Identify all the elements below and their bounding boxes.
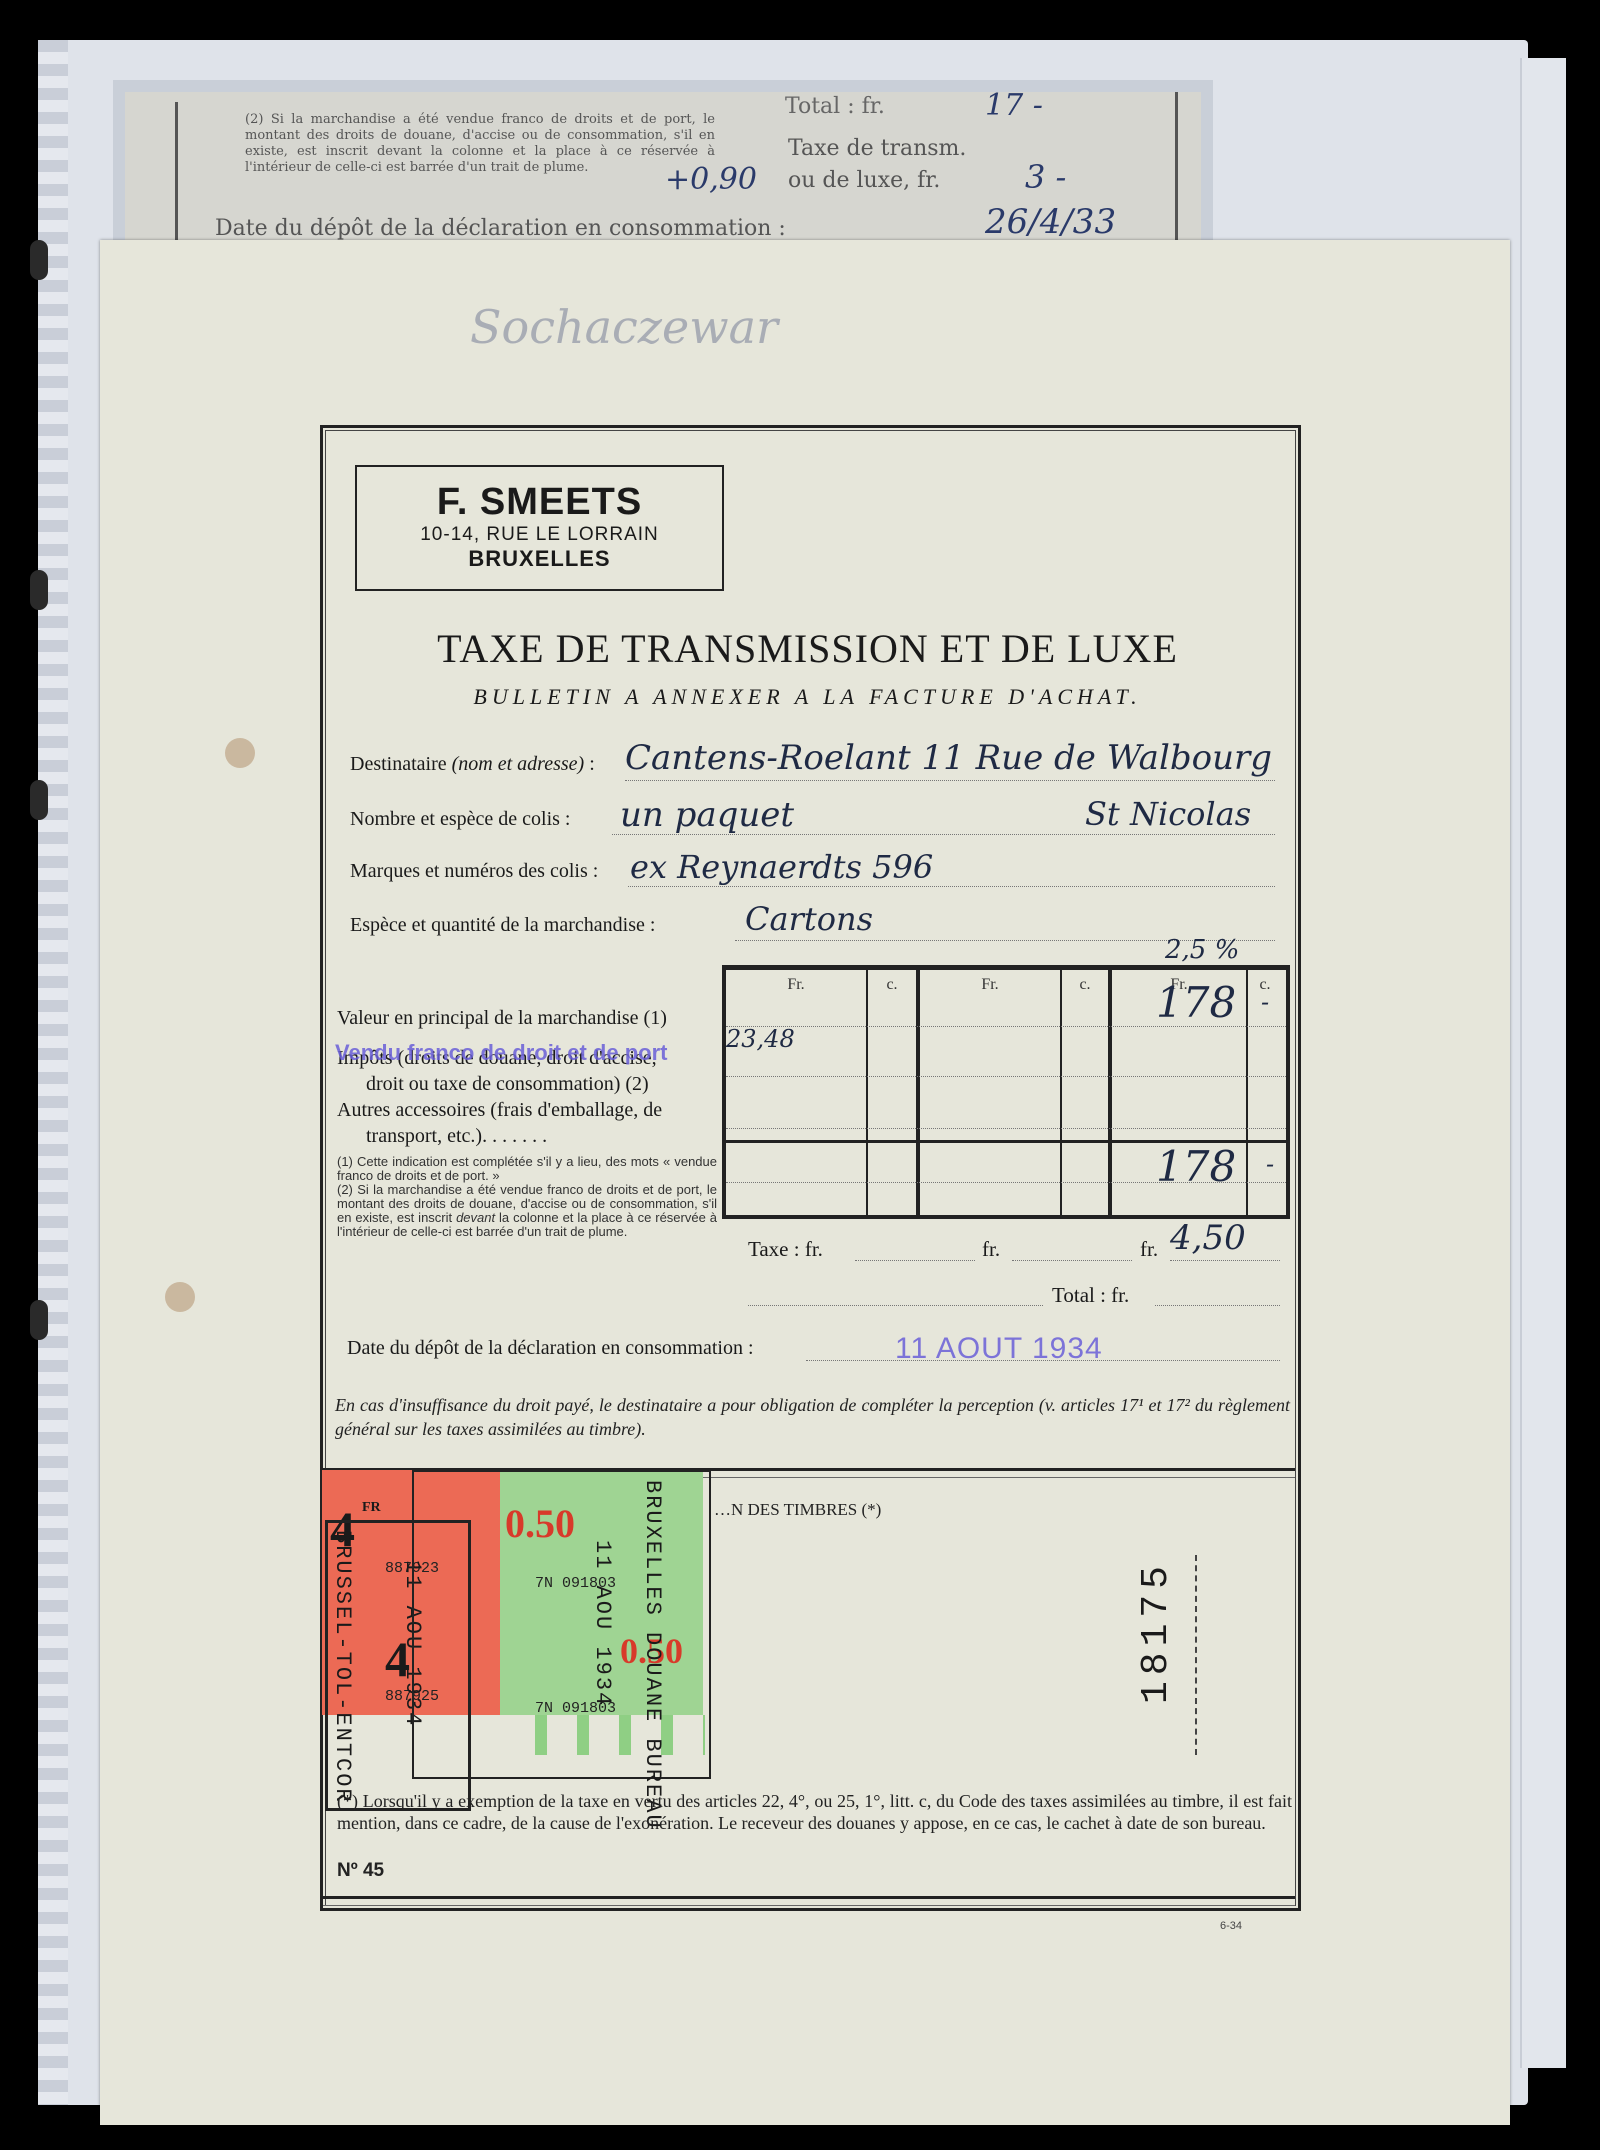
accessoires-label: Autres accessoires (frais d'emballage, d… [337,1099,662,1122]
cancel-text-1: BRUSSEL-TOL-ENTCOR [330,1530,355,1804]
franco-stamp: Vendu franco de droit et de port [335,1040,667,1066]
background-footnote: (2) Si la marchandise a été vendue franc… [245,112,715,176]
form-subtitle: BULLETIN A ANNEXER A LA FACTURE D'ACHAT. [320,684,1295,710]
background-date-value: 26/4/33 [985,202,1116,242]
form-title: TAXE DE TRANSMISSION ET DE LUXE [320,625,1295,672]
background-taxe-value: 3 - [1025,158,1066,196]
dotted-line [748,1305,1043,1306]
background-date-label: Date du dépôt de la déclaration en conso… [215,216,786,241]
exemption-note: (*) Lorsqu'il y a exemption de la taxe e… [337,1790,1292,1834]
dotted-line [1155,1305,1280,1306]
marchandise-label: Espèce et quantité de la marchandise : [350,914,655,937]
destinataire-city-value: St Nicolas [1085,795,1251,833]
valeur-amount-c: - [1261,988,1269,1016]
marchandise-rate: 2,5 % [1165,935,1239,965]
column-divider [916,970,920,1215]
dotted-line [1012,1260,1132,1261]
table-header: Fr. [726,976,866,994]
table-header: c. [1062,976,1108,994]
form-number: Nº 45 [337,1860,384,1882]
dotted-line [625,780,1275,781]
valeur-amount-fr: 178 [1156,978,1236,1027]
binder-hole [30,1300,48,1340]
background-taxe-label-2: ou de luxe, fr. [788,168,940,193]
colis-marques-value: ex Reynaerdts 596 [630,848,933,886]
background-addition: +0,90 [665,162,757,197]
column-divider [1060,970,1062,1215]
deposit-date-stamp: 11 AOUT 1934 [895,1332,1103,1366]
background-taxe-label: Taxe de transm. [788,136,966,161]
impots-amount: 23,48 [726,1025,795,1053]
taxe-fr-3: fr. [1140,1237,1158,1262]
amounts-table: Fr. c. Fr. c. Fr. c. 178 - 23,48 178 - [722,965,1290,1219]
paper-stain [225,738,255,768]
print-code: 6-34 [1220,1920,1242,1932]
registration-mark [1195,1555,1197,1755]
table-header: c. [868,976,916,994]
column-divider [1246,970,1248,1215]
paper-stain [165,1282,195,1312]
cancel-text-2: BRUXELLES DOUANE BUREAU [640,1480,665,1830]
row-line [726,1076,1286,1077]
cancel-postmark [412,1470,711,1779]
binder-hole [30,780,48,820]
red-stamp-unit: FR [362,1500,381,1516]
impots-label-2: droit ou taxe de consommation) (2) [366,1073,649,1096]
marchandise-value: Cartons [745,900,873,938]
bottom-rule [323,1896,1295,1906]
taxe-value: 4,50 [1170,1218,1246,1258]
binder-hole [30,570,48,610]
footnote-1: (1) Cette indication est complétée s'il … [337,1155,717,1183]
dotted-line [1170,1260,1280,1261]
destinataire-value: Cantens-Roelant 11 Rue de Walbourg [625,738,1272,778]
dotted-line [855,1260,975,1261]
stamps-section-heading: …N DES TIMBRES (*) [714,1500,881,1520]
column-divider [866,970,868,1215]
taxe-label: Taxe : fr. [748,1237,823,1262]
insufficiency-notice: En cas d'insuffisance du droit payé, le … [335,1393,1290,1441]
total-amount-fr: 178 [1156,1142,1236,1191]
binder-hole [30,240,48,280]
sleeve-binding-strip [38,40,68,2105]
company-address: 10-14, RUE LE LORRAIN [357,524,722,546]
colis-nombre-value: un paquet [620,795,794,835]
colis-marques-label: Marques et numéros des colis : [350,860,598,883]
table-header: Fr. [920,976,1060,994]
taxe-fr-2: fr. [982,1237,1000,1262]
background-total-label: Total : fr. [785,94,885,119]
background-total-value: 17 - [985,88,1043,123]
total-amount-c: - [1266,1150,1274,1178]
dotted-line [628,886,1275,887]
pencil-annotation: Sochaczewar [470,300,778,354]
colis-nombre-label: Nombre et espèce de colis : [350,808,570,831]
destinataire-label: Destinataire (nom et adresse) : [350,753,595,776]
valeur-label: Valeur en principal de la marchandise (1… [337,1007,667,1030]
company-name: F. SMEETS [357,481,722,524]
column-divider [1108,970,1112,1215]
sleeve-edge [1520,58,1566,2068]
deposit-date-label: Date du dépôt de la déclaration en conso… [347,1337,754,1360]
company-header: F. SMEETS 10-14, RUE LE LORRAIN BRUXELLE… [355,465,724,591]
footnote-2: (2) Si la marchandise a été vendue franc… [337,1183,717,1239]
row-line [726,1128,1286,1129]
registration-number: 18175 [1135,1560,1178,1704]
cancel-date-2: 11 AOU 1934 [590,1540,615,1707]
accessoires-label-2: transport, etc.). . . . . . . [366,1125,547,1148]
total-label: Total : fr. [1052,1283,1129,1308]
company-city: BRUXELLES [357,546,722,572]
